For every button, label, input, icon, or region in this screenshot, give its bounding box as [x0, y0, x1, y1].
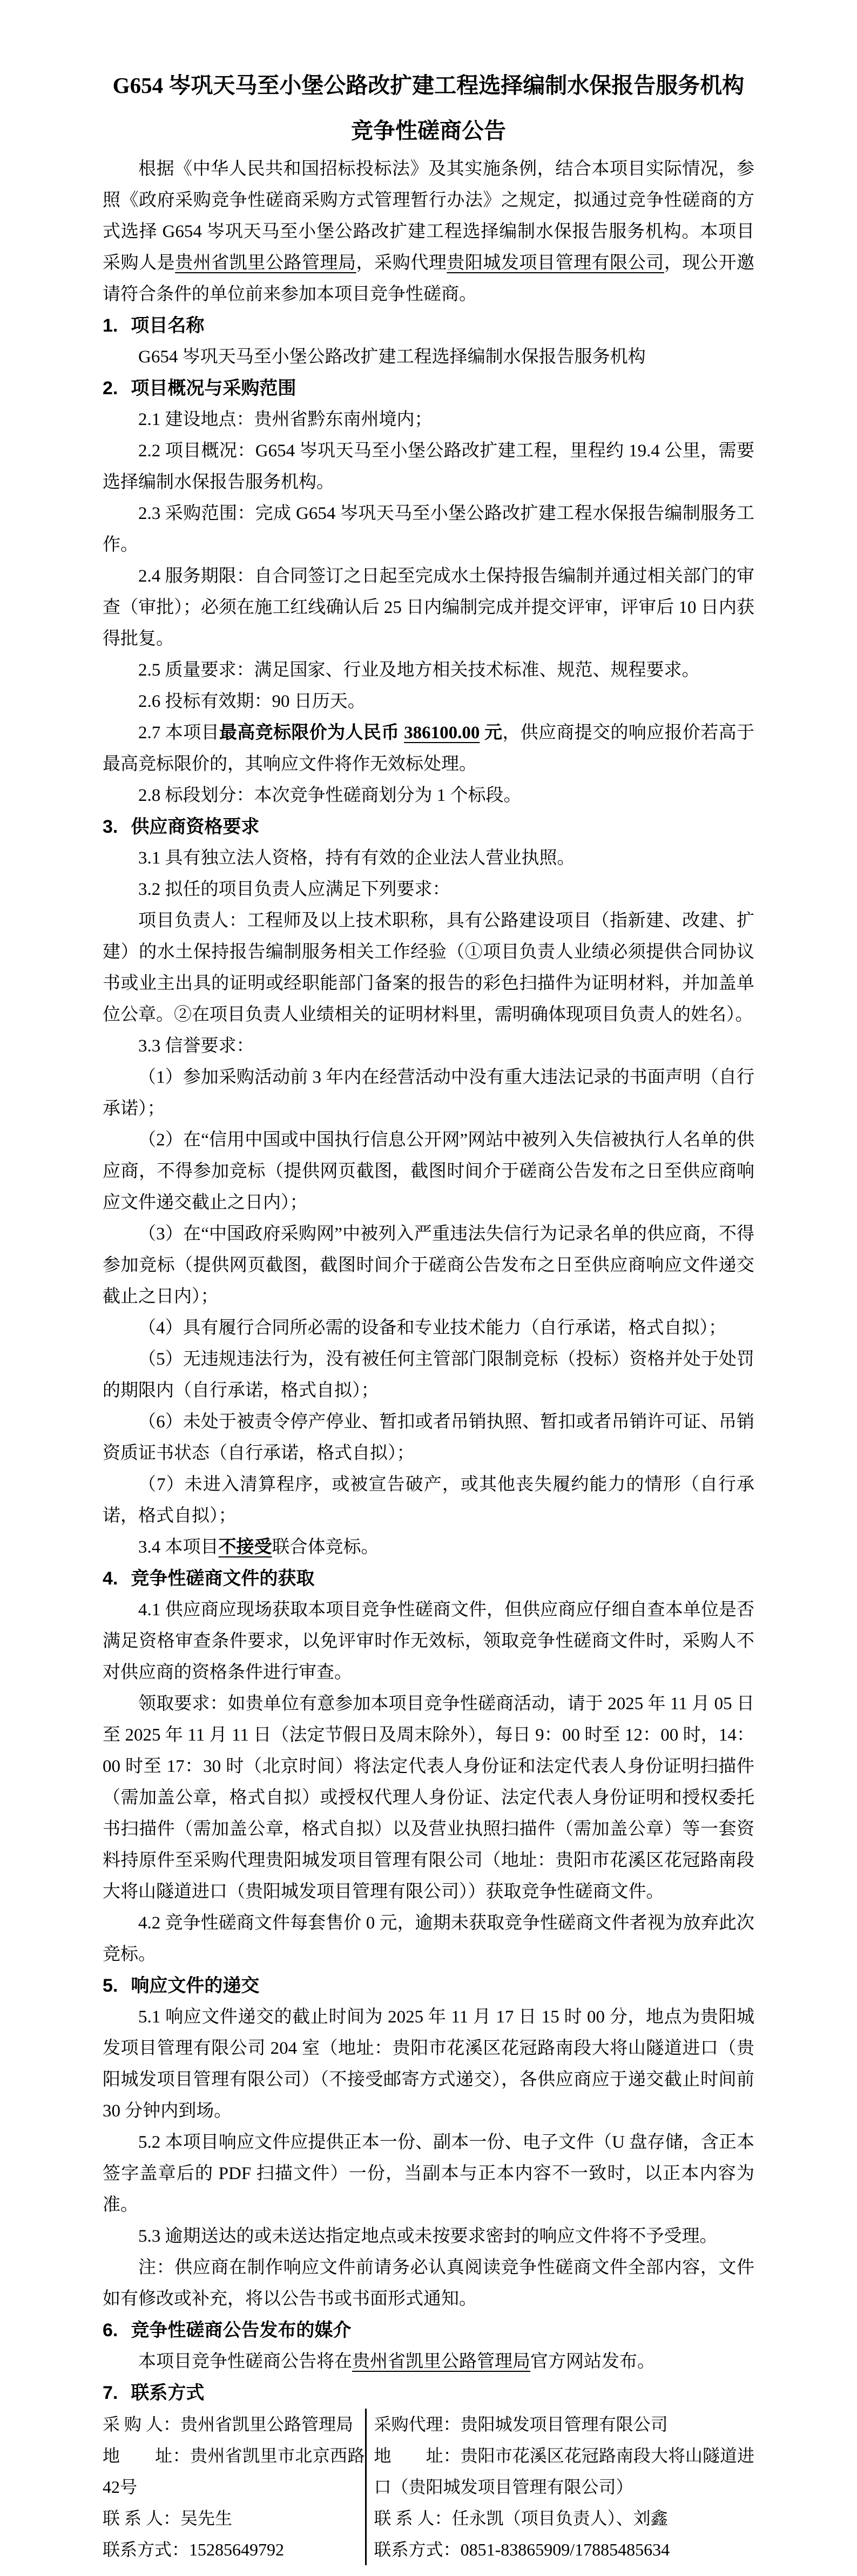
- text-run: （3）在“中国政府采购网”中被列入严重违法失信行为记录名单的供应商，不得参加竞标…: [103, 1224, 754, 1306]
- text-run: 贵州省凯里公路管理局: [352, 2352, 530, 2371]
- table-row: 联系方式：15285649792 联系方式：0851-83865909/1788…: [103, 2534, 754, 2565]
- field-label: 地 址：: [374, 2446, 461, 2465]
- document-title: G654 岑巩天马至小堡公路改扩建工程选择编制水保报告服务机构 竞争性磋商公告: [103, 63, 754, 153]
- text-run: （1）参加采购活动前 3 年内在经营活动中没有重大违法记录的书面声明（自行承诺）…: [103, 1068, 754, 1118]
- paragraph: 5.3 逾期送达的或未送达指定地点或未按要求密封的响应文件将不予受理。: [103, 2221, 754, 2252]
- text-run: 联合体竞标。: [272, 1537, 379, 1557]
- text-run: 2.1 建设地点：贵州省黔东南州境内；: [138, 410, 433, 429]
- paragraph: 2.6 投标有效期：90 日历天。: [103, 686, 754, 717]
- text-run: （7）未进入清算程序，或被宣告破产，或其他丧失履约能力的情形（自行承诺，格式自拟…: [103, 1475, 754, 1526]
- paragraph: （1）参加采购活动前 3 年内在经营活动中没有重大违法记录的书面声明（自行承诺）…: [103, 1062, 754, 1124]
- paragraph: （3）在“中国政府采购网”中被列入严重违法失信行为记录名单的供应商，不得参加竞标…: [103, 1218, 754, 1312]
- paragraph: （5）无违规违法行为，没有被任何主管部门限制竞标（投标）资格并处于处罚的期限内（…: [103, 1344, 754, 1406]
- paragraph: （6）未处于被责令停产停业、暂扣或者吊销执照、暂扣或者吊销许可证、吊销资质证书状…: [103, 1406, 754, 1469]
- paragraph: 3.4 本项目不接受联合体竞标。: [103, 1532, 754, 1563]
- section-heading: 4.竞争性磋商文件的获取: [103, 1563, 754, 1594]
- text-run: 2.7 本项目: [138, 723, 219, 743]
- section-heading: 1.项目名称: [103, 310, 754, 341]
- text-run: 2.5 质量要求：满足国家、行业及地方相关技术标准、规范、规程要求。: [138, 660, 700, 680]
- text-run: 3.4 本项目: [138, 1537, 219, 1557]
- paragraph: 注：供应商在制作响应文件前请务必认真阅读竞争性磋商文件全部内容，文件如有修改或补…: [103, 2252, 754, 2315]
- text-run: 2.3 采购范围：完成 G654 岑巩天马至小堡公路改扩建工程水保报告编制服务工…: [103, 504, 754, 555]
- agency-cell: 采购代理：贵阳城发项目管理有限公司: [365, 2409, 754, 2440]
- paragraph: 4.2 竞争性磋商文件每套售价 0 元，逾期未获取竞争性磋商文件者视为放弃此次竞…: [103, 1907, 754, 1970]
- section-number: 6.: [103, 2320, 118, 2341]
- text-run: （2）在“信用中国或中国执行信息公开网”网站中被列入失信被执行人名单的供应商，不…: [103, 1130, 754, 1212]
- paragraph: （7）未进入清算程序，或被宣告破产，或其他丧失履约能力的情形（自行承诺，格式自拟…: [103, 1469, 754, 1532]
- field-value: 贵阳城发项目管理有限公司: [461, 2415, 668, 2434]
- paragraph: 3.2 拟任的项目负责人应满足下列要求：: [103, 874, 754, 905]
- text-run: G654 岑巩天马至小堡公路改扩建工程选择编制水保报告服务机构: [138, 347, 646, 367]
- purchaser-contact-cell: 联 系 人：吴先生: [103, 2503, 365, 2534]
- paragraph: 项目负责人：工程师及以上技术职称，具有公路建设项目（指新建、改建、扩建）的水土保…: [103, 905, 754, 1030]
- section-number: 3.: [103, 817, 118, 837]
- field-label: 联 系 人：: [103, 2508, 180, 2528]
- section-number: 5.: [103, 1975, 118, 1996]
- text-run: 386100.00: [404, 723, 480, 743]
- purchaser-phone-cell: 联系方式：15285649792: [103, 2534, 365, 2565]
- text-run: 注：供应商在制作响应文件前请务必认真阅读竞争性磋商文件全部内容，文件如有修改或补…: [103, 2258, 754, 2309]
- section-number: 7.: [103, 2383, 118, 2403]
- section-number: 1.: [103, 315, 118, 336]
- section-title: 供应商资格要求: [131, 817, 259, 837]
- announcement-page: G654 岑巩天马至小堡公路改扩建工程选择编制水保报告服务机构 竞争性磋商公告 …: [0, 0, 857, 2576]
- paragraph: 本项目竞争性磋商公告将在贵州省凯里公路管理局官方网站发布。: [103, 2346, 754, 2377]
- paragraph: 2.1 建设地点：贵州省黔东南州境内；: [103, 404, 754, 435]
- text-run: （4）具有履行合同所必需的设备和专业技术能力（自行承诺，格式自拟）；: [138, 1318, 726, 1338]
- table-row: 地 址：贵州省凯里市北京西路42号 地 址：贵阳市花溪区花冠路南段大将山隧道进口…: [103, 2440, 754, 2503]
- purchaser-cell: 采 购 人：贵州省凯里公路管理局: [103, 2409, 365, 2440]
- section-title: 竞争性磋商公告发布的媒介: [131, 2320, 351, 2341]
- section-title: 响应文件的递交: [131, 1975, 259, 1996]
- text-run: 本项目竞争性磋商公告将在: [138, 2352, 352, 2371]
- field-value: 15285649792: [189, 2540, 284, 2559]
- text-run: 4.2 竞争性磋商文件每套售价 0 元，逾期未获取竞争性磋商文件者视为放弃此次竞…: [103, 1913, 754, 1964]
- contact-table: 采 购 人：贵州省凯里公路管理局 采购代理：贵阳城发项目管理有限公司 地 址：贵…: [103, 2409, 754, 2565]
- section-heading: 6.竞争性磋商公告发布的媒介: [103, 2315, 754, 2346]
- field-label: 联系方式：: [103, 2540, 189, 2559]
- table-row: 采 购 人：贵州省凯里公路管理局 采购代理：贵阳城发项目管理有限公司: [103, 2409, 754, 2440]
- paragraph: 3.1 具有独立法人资格，持有有效的企业法人营业执照。: [103, 842, 754, 874]
- paragraph: 5.1 响应文件递交的截止时间为 2025 年 11 月 17 日 15 时 0…: [103, 2001, 754, 2127]
- section-title: 竞争性磋商文件的获取: [131, 1568, 314, 1589]
- field-label: 采购代理：: [374, 2415, 461, 2434]
- text-run: （5）无违规违法行为，没有被任何主管部门限制竞标（投标）资格并处于处罚的期限内（…: [103, 1350, 754, 1400]
- paragraph: （4）具有履行合同所必需的设备和专业技术能力（自行承诺，格式自拟）；: [103, 1312, 754, 1344]
- text-run: 5.1 响应文件递交的截止时间为 2025 年 11 月 17 日 15 时 0…: [103, 2007, 754, 2121]
- section-number: 2.: [103, 378, 118, 399]
- agency-phone-cell: 联系方式：0851-83865909/17885485634: [365, 2534, 754, 2565]
- text-run: 官方网站发布。: [530, 2352, 655, 2371]
- text-run: 4.1 供应商应现场获取本项目竞争性磋商文件，但供应商应仔细自查本单位是否满足资…: [103, 1600, 754, 1682]
- section-number: 4.: [103, 1568, 118, 1589]
- paragraph: 根据《中华人民共和国招标投标法》及其实施条例，结合本项目实际情况，参照《政府采购…: [103, 153, 754, 310]
- text-run: （6）未处于被责令停产停业、暂扣或者吊销执照、暂扣或者吊销许可证、吊销资质证书状…: [103, 1412, 754, 1463]
- paragraph: 2.2 项目概况：G654 岑巩天马至小堡公路改扩建工程，里程约 19.4 公里…: [103, 435, 754, 498]
- paragraph: 3.3 信誉要求：: [103, 1030, 754, 1062]
- text-run: 5.3 逾期送达的或未送达指定地点或未按要求密封的响应文件将不予受理。: [138, 2227, 718, 2246]
- text-run: 2.4 服务期限：自合同签订之日起至完成水土保持报告编制并通过相关部门的审查（审…: [103, 567, 754, 649]
- section-heading: 3.供应商资格要求: [103, 811, 754, 842]
- purchaser-address-cell: 地 址：贵州省凯里市北京西路42号: [103, 2440, 365, 2503]
- agency-address-cell: 地 址：贵阳市花溪区花冠路南段大将山隧道进口（贵阳城发项目管理有限公司）: [365, 2440, 754, 2503]
- paragraph: 领取要求：如贵单位有意参加本项目竞争性磋商活动，请于 2025 年 11 月 0…: [103, 1688, 754, 1907]
- document-body: G654 岑巩天马至小堡公路改扩建工程选择编制水保报告服务机构 竞争性磋商公告 …: [0, 0, 857, 2565]
- section-title: 联系方式: [131, 2383, 204, 2403]
- paragraph: （2）在“信用中国或中国执行信息公开网”网站中被列入失信被执行人名单的供应商，不…: [103, 1124, 754, 1218]
- field-value: 任永凯（项目负责人）、刘鑫: [452, 2508, 668, 2528]
- section-title: 项目概况与采购范围: [131, 378, 296, 399]
- paragraph: 2.3 采购范围：完成 G654 岑巩天马至小堡公路改扩建工程水保报告编制服务工…: [103, 498, 754, 561]
- section-title: 项目名称: [131, 315, 204, 336]
- text-run: 贵州省凯里公路管理局: [175, 253, 356, 273]
- field-label: 联 系 人：: [374, 2508, 452, 2528]
- paragraph: 4.1 供应商应现场获取本项目竞争性磋商文件，但供应商应仔细自查本单位是否满足资…: [103, 1594, 754, 1688]
- document-sections: 根据《中华人民共和国招标投标法》及其实施条例，结合本项目实际情况，参照《政府采购…: [103, 153, 754, 2409]
- section-heading: 2.项目概况与采购范围: [103, 373, 754, 404]
- table-row: 联 系 人：吴先生 联 系 人：任永凯（项目负责人）、刘鑫: [103, 2503, 754, 2534]
- text-run: 3.2 拟任的项目负责人应满足下列要求：: [138, 880, 450, 899]
- section-heading: 7.联系方式: [103, 2377, 754, 2409]
- paragraph: 5.2 本项目响应文件应提供正本一份、副本一份、电子文件（U 盘存储，含正本签字…: [103, 2127, 754, 2221]
- document-title-line-2: 竞争性磋商公告: [103, 108, 754, 153]
- field-label: 地 址：: [103, 2446, 190, 2465]
- paragraph: 2.8 标段划分：本次竞争性磋商划分为 1 个标段。: [103, 780, 754, 811]
- text-run: 领取要求：如贵单位有意参加本项目竞争性磋商活动，请于 2025 年 11 月 0…: [103, 1694, 754, 1901]
- paragraph: G654 岑巩天马至小堡公路改扩建工程选择编制水保报告服务机构: [103, 341, 754, 373]
- field-label: 联系方式：: [374, 2540, 461, 2559]
- text-run: 最高竞标限价为人民币: [219, 723, 404, 743]
- text-run: 2.8 标段划分：本次竞争性磋商划分为 1 个标段。: [138, 786, 522, 805]
- field-value: 0851-83865909/17885485634: [461, 2540, 670, 2559]
- text-run: 2.2 项目概况：G654 岑巩天马至小堡公路改扩建工程，里程约 19.4 公里…: [103, 441, 754, 492]
- field-value: 吴先生: [180, 2508, 232, 2528]
- text-run: 项目负责人：工程师及以上技术职称，具有公路建设项目（指新建、改建、扩建）的水土保…: [103, 911, 754, 1024]
- field-label: 采 购 人：: [103, 2415, 180, 2434]
- text-run: 3.3 信誉要求：: [138, 1036, 254, 1056]
- paragraph: 2.4 服务期限：自合同签订之日起至完成水土保持报告编制并通过相关部门的审查（审…: [103, 561, 754, 655]
- text-run: ，采购代理: [356, 253, 447, 273]
- section-heading: 5.响应文件的递交: [103, 1970, 754, 2001]
- paragraph: 2.5 质量要求：满足国家、行业及地方相关技术标准、规范、规程要求。: [103, 655, 754, 686]
- document-title-line-1: G654 岑巩天马至小堡公路改扩建工程选择编制水保报告服务机构: [103, 63, 754, 108]
- text-run: 元: [480, 723, 502, 743]
- agency-contact-cell: 联 系 人：任永凯（项目负责人）、刘鑫: [365, 2503, 754, 2534]
- paragraph: 2.7 本项目最高竞标限价为人民币 386100.00 元，供应商提交的响应报价…: [103, 717, 754, 780]
- text-run: 贵阳城发项目管理有限公司: [447, 253, 664, 273]
- text-run: 2.6 投标有效期：90 日历天。: [138, 692, 366, 711]
- field-value: 贵州省凯里公路管理局: [180, 2415, 353, 2434]
- text-run: 不接受: [219, 1537, 272, 1557]
- text-run: 3.1 具有独立法人资格，持有有效的企业法人营业执照。: [138, 848, 575, 868]
- text-run: 5.2 本项目响应文件应提供正本一份、副本一份、电子文件（U 盘存储，含正本签字…: [103, 2133, 754, 2215]
